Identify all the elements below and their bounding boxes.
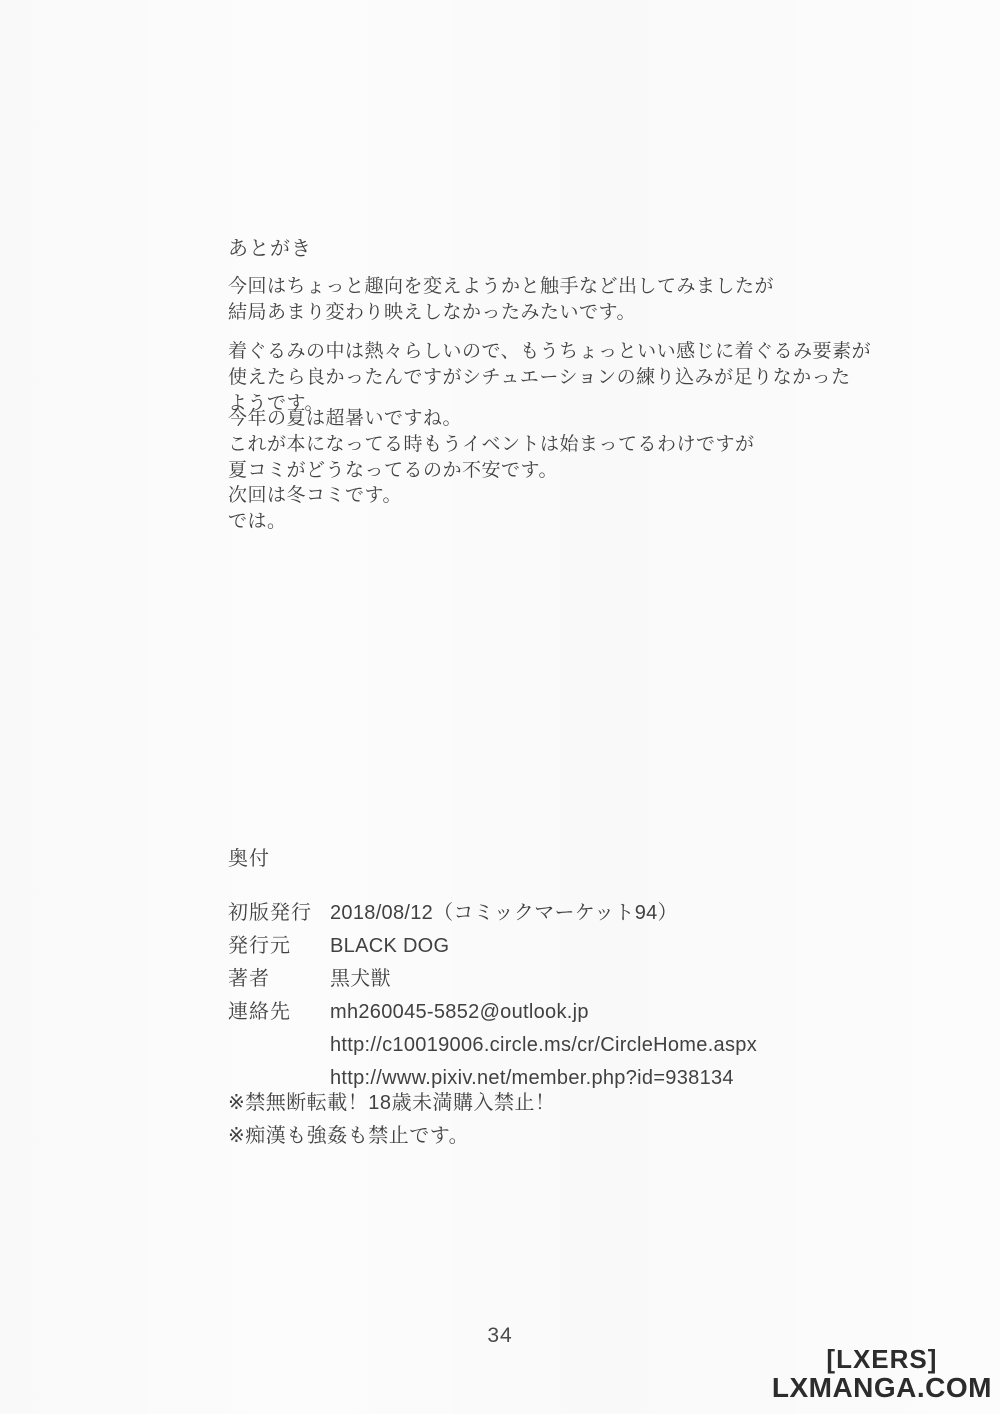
afterword-line: 使えたら良かったんですがシチュエーションの練り込みが足りなかった — [228, 365, 871, 391]
watermark-tag: [LXERS] — [772, 1345, 992, 1374]
afterword-paragraph: 今回はちょっと趣向を変えようかと触手など出してみましたが 結局あまり変わり映えし… — [228, 274, 774, 326]
colophon-row: 連絡先 mh260045-5852@outlook.jp — [228, 996, 757, 1029]
watermark-domain: LXMANGA.COM — [772, 1373, 992, 1404]
afterword-line: 結局あまり変わり映えしなかったみたいです。 — [228, 300, 774, 326]
afterword-line: では。 — [228, 509, 402, 535]
colophon-value: BLACK DOG — [330, 930, 449, 963]
colophon-value: 2018/08/12（コミックマーケット94） — [330, 897, 678, 930]
colophon-value: 黒犬獣 — [330, 963, 391, 996]
colophon-label: 連絡先 — [228, 996, 330, 1029]
afterword-paragraph: 今年の夏は超暑いですね。 これが本になってる時もうイベントは始まってるわけですが… — [228, 406, 755, 484]
colophon-value: mh260045-5852@outlook.jp — [330, 996, 589, 1029]
afterword-paragraph: 次回は冬コミです。 では。 — [228, 483, 402, 535]
restriction-notices: ※禁無断転載！18歳未満購入禁止！ ※痴漢も強姦も禁止です。 — [228, 1087, 556, 1153]
afterword-line: 今回はちょっと趣向を変えようかと触手など出してみましたが — [228, 274, 774, 300]
colophon-row: http://c10019006.circle.ms/cr/CircleHome… — [228, 1029, 757, 1062]
afterword-line: 今年の夏は超暑いですね。 — [228, 406, 755, 432]
colophon-row: 初版発行 2018/08/12（コミックマーケット94） — [228, 897, 757, 930]
colophon-row: 著者 黒犬獣 — [228, 963, 757, 996]
afterword-line: 次回は冬コミです。 — [228, 483, 402, 509]
colophon-label: 発行元 — [228, 930, 330, 963]
colophon-url: http://c10019006.circle.ms/cr/CircleHome… — [330, 1029, 757, 1062]
notice-line: ※痴漢も強姦も禁止です。 — [228, 1120, 556, 1153]
afterword-line: これが本になってる時もうイベントは始まってるわけですが — [228, 432, 755, 458]
colophon-label — [228, 1029, 330, 1062]
colophon-heading: 奥付 — [228, 846, 270, 872]
colophon-label: 初版発行 — [228, 897, 330, 930]
afterword-heading: あとがき — [228, 236, 312, 262]
scanned-document-page: あとがき 今回はちょっと趣向を変えようかと触手など出してみましたが 結局あまり変… — [0, 0, 1000, 1414]
colophon-label: 著者 — [228, 963, 330, 996]
site-watermark: [LXERS] LXMANGA.COM — [772, 1345, 992, 1404]
afterword-line: 夏コミがどうなってるのか不安です。 — [228, 458, 755, 484]
notice-line: ※禁無断転載！18歳未満購入禁止！ — [228, 1087, 556, 1120]
colophon-table: 初版発行 2018/08/12（コミックマーケット94） 発行元 BLACK D… — [228, 897, 757, 1095]
afterword-line: 着ぐるみの中は熱々らしいので、もうちょっといい感じに着ぐるみ要素が — [228, 339, 871, 365]
colophon-row: 発行元 BLACK DOG — [228, 930, 757, 963]
